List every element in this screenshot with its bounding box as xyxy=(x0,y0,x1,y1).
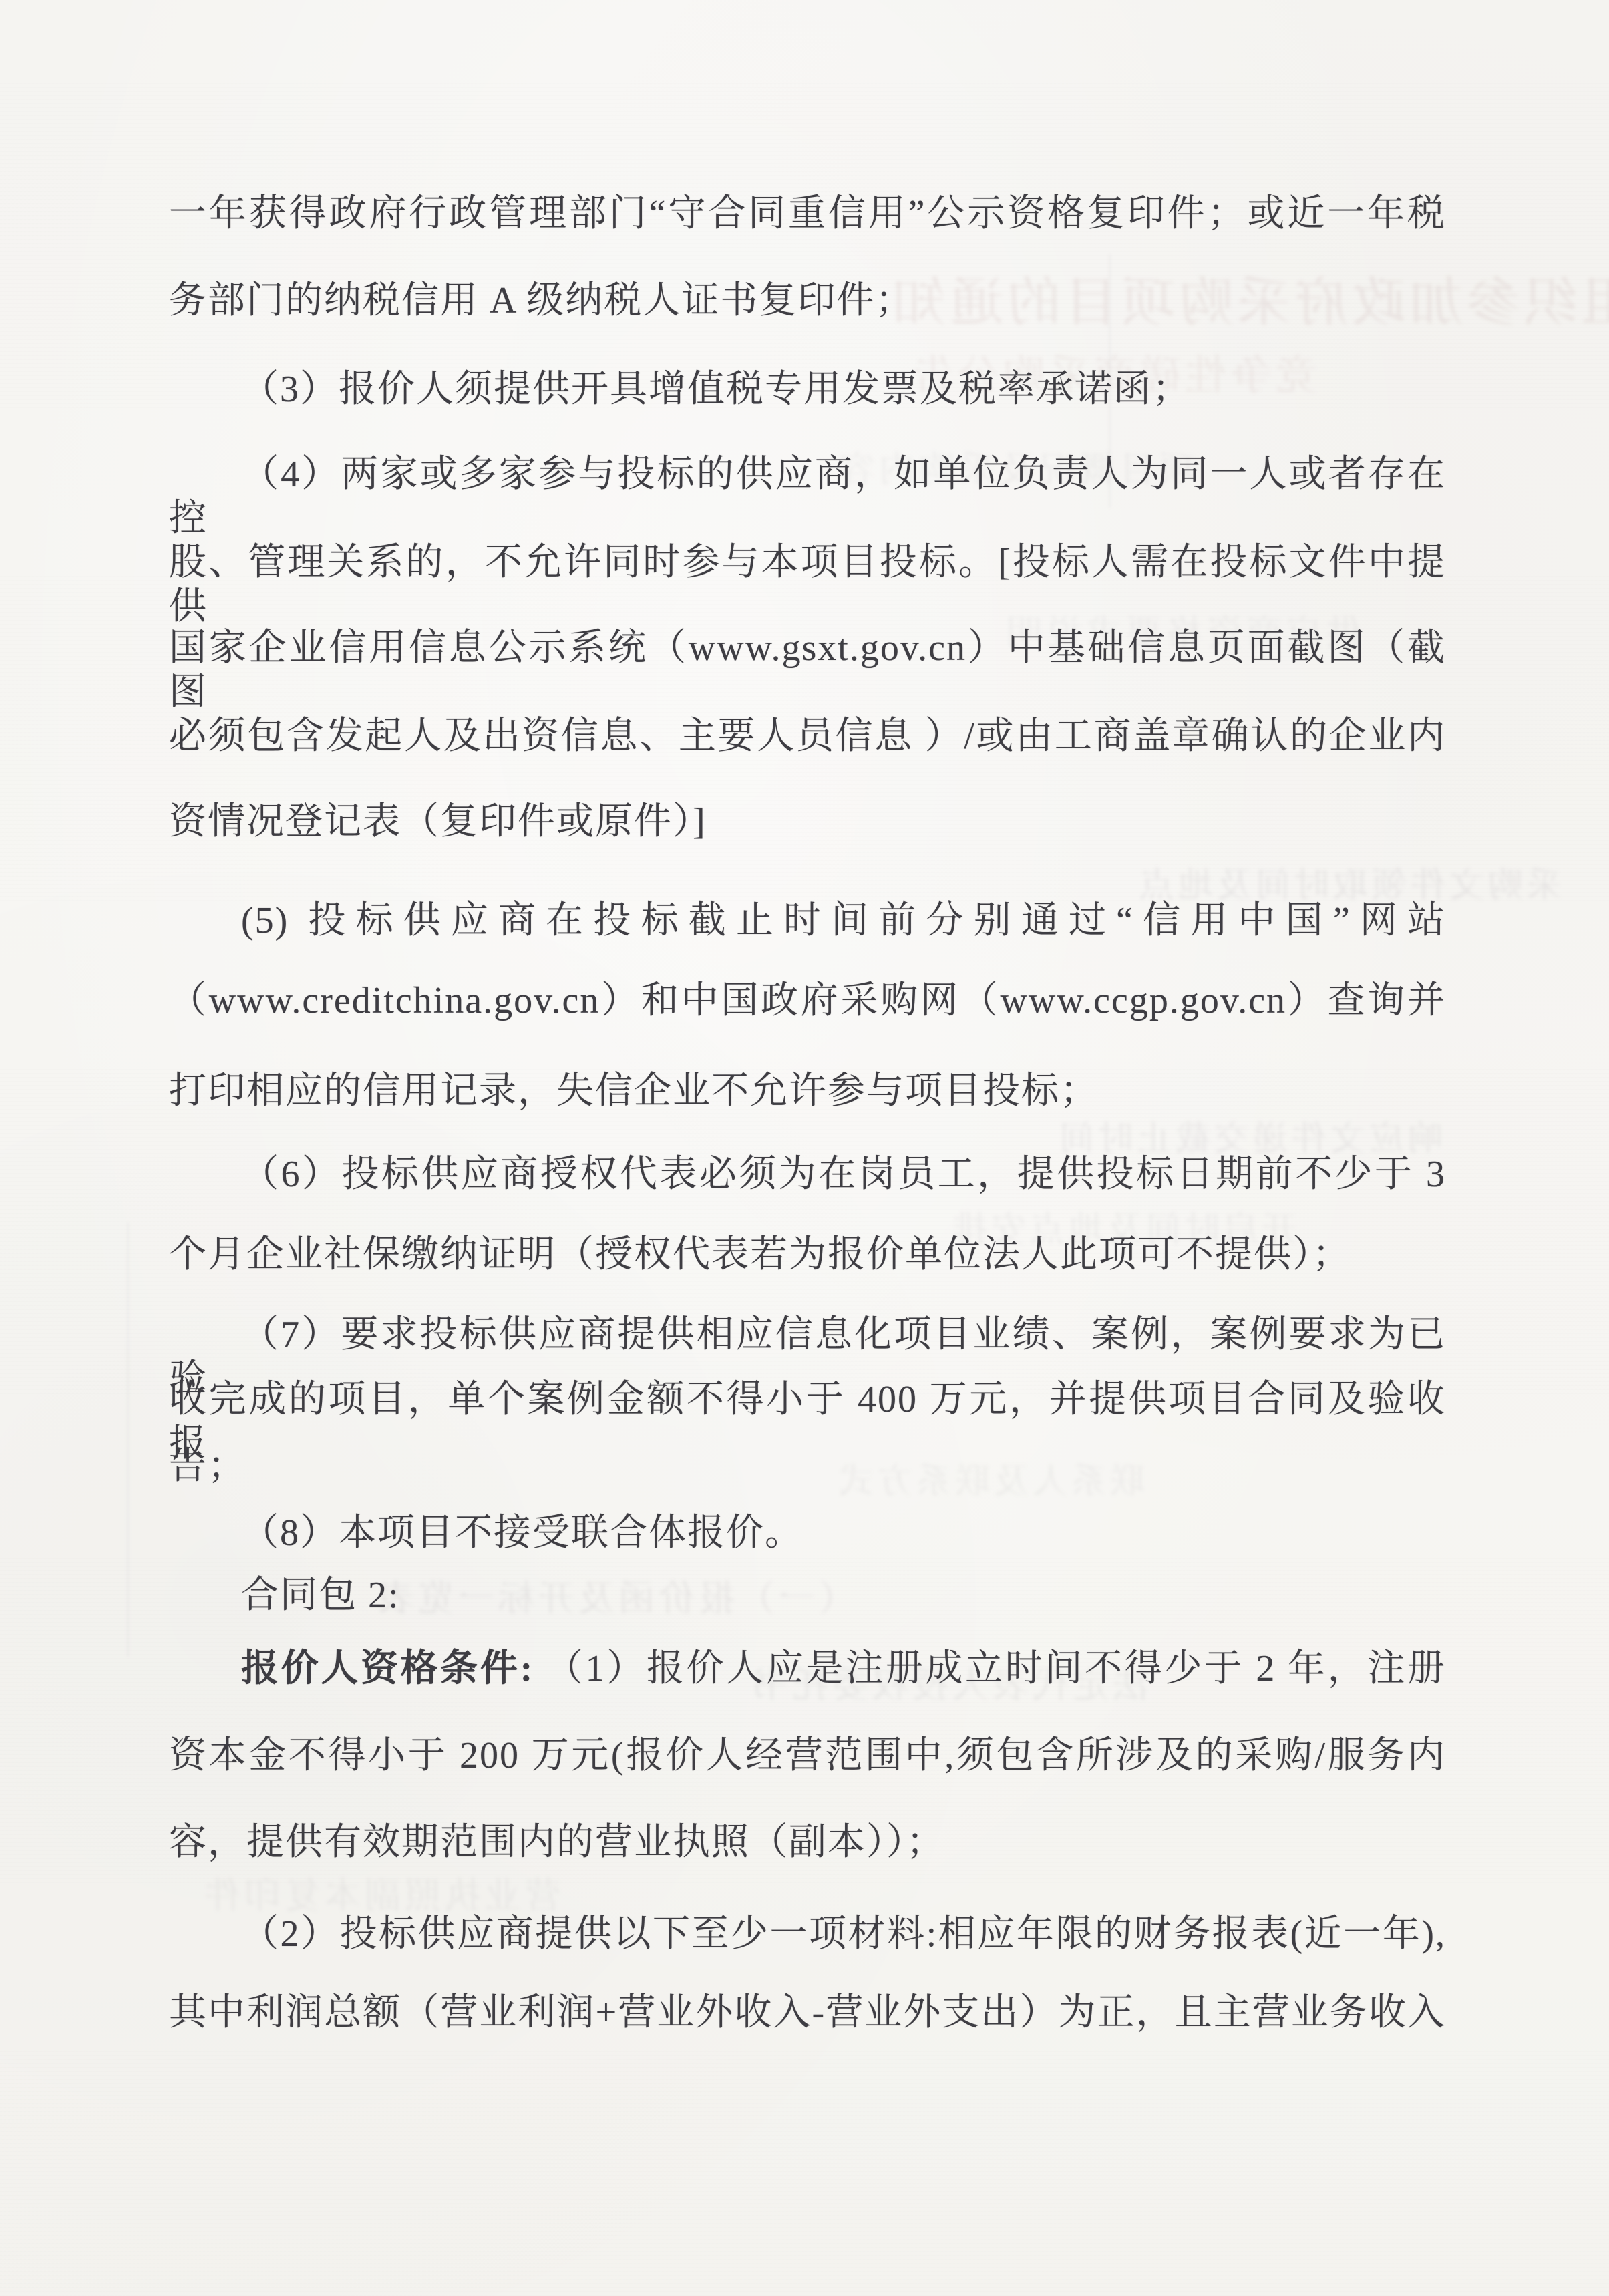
text-line: 告； xyxy=(169,1444,1446,1488)
text-line: （3）报价人须提供开具增值税专用发票及税率承诺函； xyxy=(169,367,1446,412)
text-line: （www.creditchina.gov.cn）和中国政府采购网（www.ccg… xyxy=(169,979,1446,1023)
text-run: 合同包 2: xyxy=(241,1575,400,1616)
text-line: (5) 投标供应商在投标截止时间前分别通过“信用中国”网站 xyxy=(169,898,1446,943)
text-run: 其中利润总额（营业利润+营业外收入-营业外支出）为正，且主营业务收入 xyxy=(169,1992,1446,2033)
text-line: （2）投标供应商提供以下至少一项材料:相应年限的财务报表(近一年), xyxy=(169,1912,1446,1956)
text-run: 资情况登记表（复印件或原件）] xyxy=(169,801,707,842)
text-run: 股、管理关系的，不允许同时参与本项目投标。[投标人需在投标文件中提供 xyxy=(169,542,1446,627)
text-run: （1）报价人应是注册成立时间不得少于 2 年，注册 xyxy=(546,1648,1446,1689)
bold-run: 报价人资格条件: xyxy=(241,1648,546,1689)
text-line: 资情况登记表（复印件或原件）] xyxy=(169,800,1446,844)
text-run: （www.creditchina.gov.cn）和中国政府采购网（www.ccg… xyxy=(169,980,1446,1021)
text-line: 资本金不得小于 200 万元(报价人经营范围中,须包含所涉及的采购/服务内 xyxy=(169,1734,1446,1778)
text-run: 资本金不得小于 200 万元(报价人经营范围中,须包含所涉及的采购/服务内 xyxy=(169,1735,1446,1776)
text-run: （3）报价人须提供开具增值税专用发票及税率承诺函； xyxy=(241,369,1191,410)
text-line: 务部门的纳税信用 A 级纳税人证书复印件； xyxy=(169,279,1446,323)
text-run: 容，提供有效期范围内的营业执照（副本））； xyxy=(169,1822,945,1863)
text-line: 股、管理关系的，不允许同时参与本项目投标。[投标人需在投标文件中提供 xyxy=(169,540,1446,629)
text-run: （6）投标供应商授权代表必须为在岗员工，提供投标日期前不少于 3 xyxy=(241,1154,1446,1195)
text-line: 报价人资格条件: （1）报价人应是注册成立时间不得少于 2 年，注册 xyxy=(169,1647,1446,1691)
text-line: 一年获得政府行政管理部门“守合同重信用”公示资格复印件；或近一年税 xyxy=(169,192,1446,236)
text-line: 打印相应的信用记录，失信企业不允许参与项目投标； xyxy=(169,1069,1446,1113)
text-line: 其中利润总额（营业利润+营业外收入-营业外支出）为正，且主营业务收入 xyxy=(169,1991,1446,2035)
text-line: （4）两家或多家参与投标的供应商，如单位负责人为同一人或者存在控 xyxy=(169,452,1446,540)
text-run: 国家企业信用信息公示系统（www.gsxt.gov.cn）中基础信息页面截图（截… xyxy=(169,627,1446,713)
scan-crease xyxy=(127,1222,129,1657)
scan-crease xyxy=(1109,254,1111,508)
bleed-through-line: 营业执照副本复印件 xyxy=(200,1867,561,1919)
text-line: （6）投标供应商授权代表必须为在岗员工，提供投标日期前不少于 3 xyxy=(169,1152,1446,1196)
text-run: （4）两家或多家参与投标的供应商，如单位负责人为同一人或者存在控 xyxy=(169,454,1446,539)
text-run: （8）本项目不接受联合体报价。 xyxy=(241,1512,803,1554)
text-run: 务部门的纳税信用 A 级纳税人证书复印件； xyxy=(169,280,914,321)
text-line: 必须包含发起人及出资信息、主要人员信息 ）/或由工商盖章确认的企业内 xyxy=(169,714,1446,758)
text-line: 国家企业信用信息公示系统（www.gsxt.gov.cn）中基础信息页面截图（截… xyxy=(169,626,1446,714)
text-line: 合同包 2: xyxy=(169,1573,1446,1617)
text-run: 告； xyxy=(169,1446,246,1487)
text-run: 一年获得政府行政管理部门“守合同重信用”公示资格复印件；或近一年税 xyxy=(169,193,1446,234)
text-run: (5) 投标供应商在投标截止时间前分别通过“信用中国”网站 xyxy=(241,900,1446,941)
text-run: 个月企业社保缴纳证明（授权代表若为报价单位法人此项可不提供）； xyxy=(169,1234,1351,1275)
text-line: （8）本项目不接受联合体报价。 xyxy=(169,1511,1446,1555)
text-run: 必须包含发起人及出资信息、主要人员信息 ）/或由工商盖章确认的企业内 xyxy=(169,715,1446,757)
text-run: 打印相应的信用记录，失信企业不允许参与项目投标； xyxy=(169,1070,1099,1112)
text-line: 容，提供有效期范围内的营业执照（副本））； xyxy=(169,1820,1446,1864)
document-page: 关于组织参加政府采购项目的通知竞争性磋商采购公告项目概况及采购内容供应商资格要求… xyxy=(0,0,1609,2296)
text-line: 个月企业社保缴纳证明（授权代表若为报价单位法人此项可不提供）； xyxy=(169,1233,1446,1277)
text-run: （2）投标供应商提供以下至少一项材料:相应年限的财务报表(近一年), xyxy=(241,1913,1446,1955)
